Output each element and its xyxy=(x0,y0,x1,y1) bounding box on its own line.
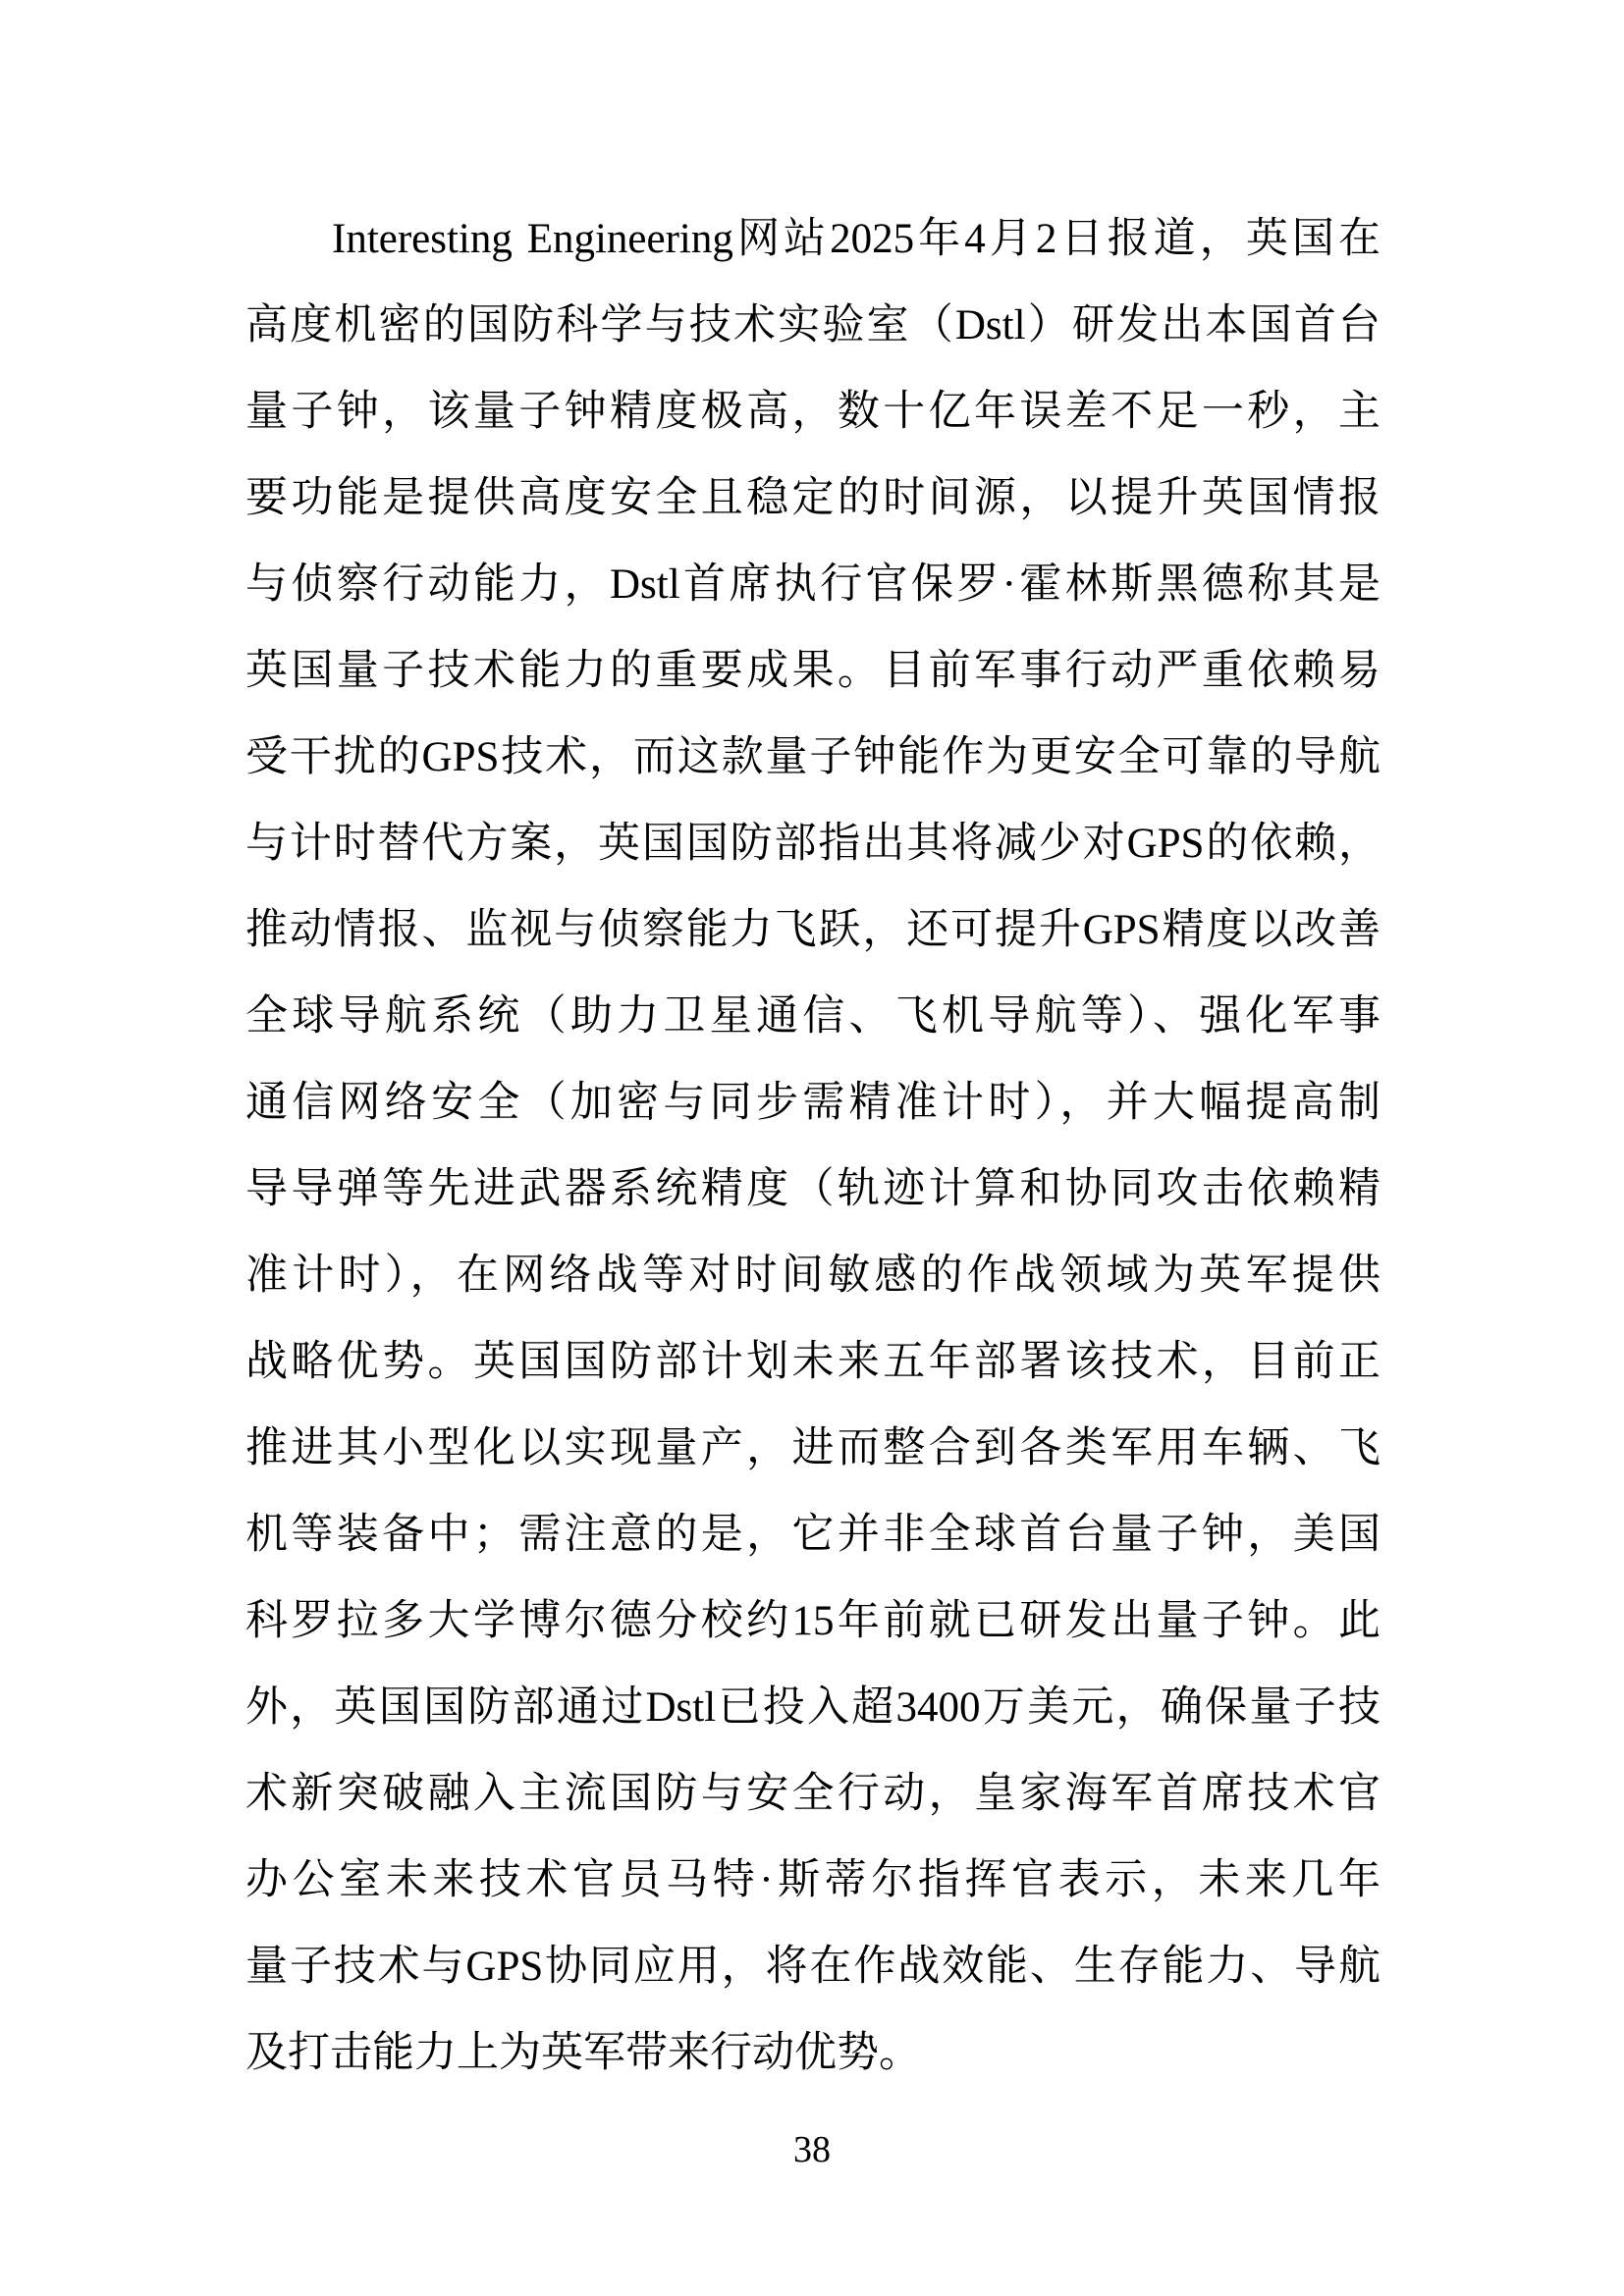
paragraph-line: 英国量子技术能力的重要成果。目前军事行动严重依赖易 xyxy=(245,628,1380,715)
paragraph-line: 与计时替代方案，英国国防部指出其将减少对GPS的依赖， xyxy=(245,801,1380,887)
paragraph-line: 要功能是提供高度安全且稳定的时间源，以提升英国情报 xyxy=(245,455,1380,542)
paragraph-line: 高度机密的国防科学与技术实验室（Dstl）研发出本国首台 xyxy=(245,283,1380,369)
paragraph-line: 量子钟，该量子钟精度极高，数十亿年误差不足一秒，主 xyxy=(245,369,1380,455)
paragraph-line: 战略优势。英国国防部计划未来五年部署该技术，目前正 xyxy=(245,1319,1380,1406)
paragraph-line: 量子技术与GPS协同应用，将在作战效能、生存能力、导航 xyxy=(245,1924,1380,2010)
paragraph-line: 受干扰的GPS技术，而这款量子钟能作为更安全可靠的导航 xyxy=(245,715,1380,801)
paragraph-line: 准计时），在网络战等对时间敏感的作战领域为英军提供 xyxy=(245,1233,1380,1319)
paragraph-line: 科罗拉多大学博尔德分校约15年前就已研发出量子钟。此 xyxy=(245,1578,1380,1665)
body-paragraph: Interesting Engineering网站2025年4月2日报道，英国在… xyxy=(245,196,1380,2097)
paragraph-line: 通信网络安全（加密与同步需精准计时），并大幅提高制 xyxy=(245,1060,1380,1147)
paragraph-line: Interesting Engineering网站2025年4月2日报道，英国在 xyxy=(245,196,1380,283)
paragraph-line: 与侦察行动能力，Dstl首席执行官保罗·霍林斯黑德称其是 xyxy=(245,542,1380,628)
paragraph-line: 导导弹等先进武器系统精度（轨迹计算和协同攻击依赖精 xyxy=(245,1147,1380,1233)
paragraph-line: 术新突破融入主流国防与安全行动，皇家海军首席技术官 xyxy=(245,1751,1380,1838)
paragraph-line: 外，英国国防部通过Dstl已投入超3400万美元，确保量子技 xyxy=(245,1665,1380,1751)
paragraph-line: 机等装备中；需注意的是，它并非全球首台量子钟，美国 xyxy=(245,1492,1380,1578)
paragraph-line: 推进其小型化以实现量产，进而整合到各类军用车辆、飞 xyxy=(245,1406,1380,1492)
paragraph-line: 及打击能力上为英军带来行动优势。 xyxy=(245,2010,1380,2097)
paragraph-line: 推动情报、监视与侦察能力飞跃，还可提升GPS精度以改善 xyxy=(245,887,1380,974)
page-number: 38 xyxy=(0,2128,1624,2171)
paragraph-line: 全球导航系统（助力卫星通信、飞机导航等）、强化军事 xyxy=(245,974,1380,1060)
document-page: Interesting Engineering网站2025年4月2日报道，英国在… xyxy=(0,0,1624,2296)
paragraph-line: 办公室未来技术官员马特·斯蒂尔指挥官表示，未来几年 xyxy=(245,1838,1380,1924)
